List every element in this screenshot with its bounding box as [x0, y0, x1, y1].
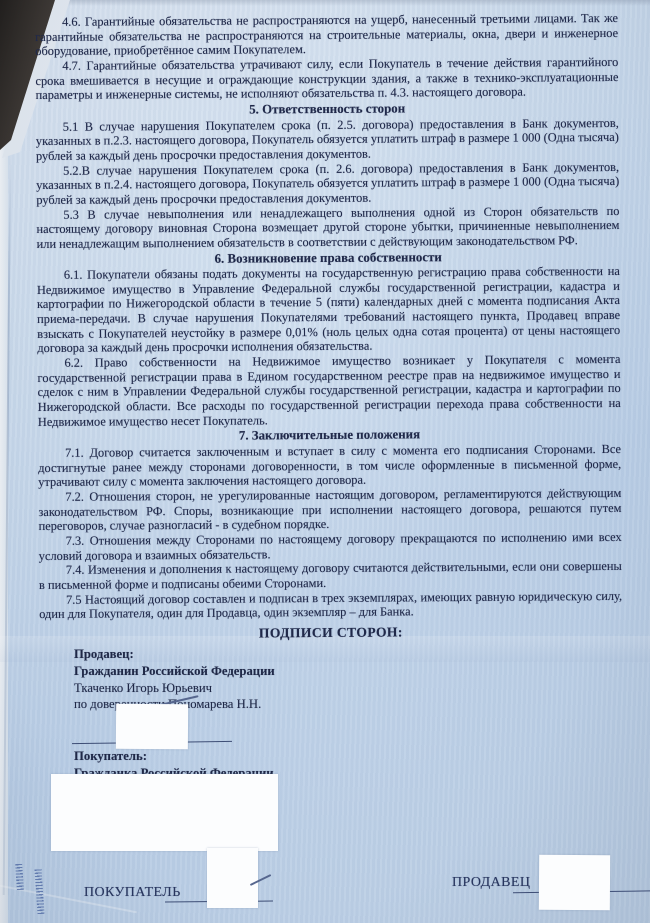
- signatures-heading: ПОДПИСИ СТОРОН:: [39, 624, 622, 643]
- clause-4-7: 4.7. Гарантийные обязательства утрачиваю…: [35, 55, 618, 103]
- contract-text: 4.6. Гарантийные обязательства не распро…: [35, 11, 622, 644]
- clause-5-2: 5.2.В случае нарушения Покупателем срока…: [36, 159, 619, 207]
- seller-block: Продавец: Гражданин Российской Федерации…: [74, 646, 275, 713]
- clause-4-6: 4.6. Гарантийные обязательства не распро…: [35, 11, 618, 59]
- clause-5-1: 5.1 В случае нарушения Покупателем срока…: [36, 116, 619, 164]
- clause-7-5: 7.5 Настоящий договор составлен и подпис…: [39, 589, 622, 622]
- clause-7-1: 7.1. Договор считается заключенным и вст…: [38, 442, 621, 490]
- redaction-box-seller-footer-signature: [539, 855, 610, 910]
- redaction-box-seller-signature: [116, 704, 188, 750]
- edge-stamp-mark: [15, 863, 24, 890]
- seller-citizenship: Гражданин Российской Федерации: [74, 663, 275, 680]
- footer-seller-label: ПРОДАВЕЦ: [452, 875, 530, 891]
- seller-label: Продавец:: [74, 646, 275, 663]
- clause-5-3: 5.3 В случае невыполнения или ненадлежащ…: [36, 203, 619, 251]
- seller-name: Ткаченко Игорь Юрьевич: [74, 680, 275, 697]
- clause-7-3: 7.3. Отношения между Сторонами по настоя…: [39, 530, 622, 563]
- edge-stamp-mark: [34, 869, 44, 914]
- page-top-shadow: [44, 0, 650, 6]
- clause-7-4: 7.4. Изменения и дополнения к настоящему…: [39, 559, 622, 592]
- clause-7-2: 7.2. Отношения сторон, не урегулированны…: [38, 486, 621, 534]
- redaction-box-buyer-signature: [207, 848, 258, 908]
- clause-6-1: 6.1. Покупатели обязаны подать документы…: [37, 264, 621, 356]
- redaction-box-buyer-details: [51, 774, 278, 851]
- buyer-label: Покупатель:: [74, 748, 274, 765]
- clause-6-2: 6.2. Право собственности на Недвижимое и…: [37, 352, 620, 429]
- document-photo: 4.6. Гарантийные обязательства не распро…: [0, 0, 650, 923]
- footer-buyer-label: ПОКУПАТЕЛЬ: [84, 885, 181, 901]
